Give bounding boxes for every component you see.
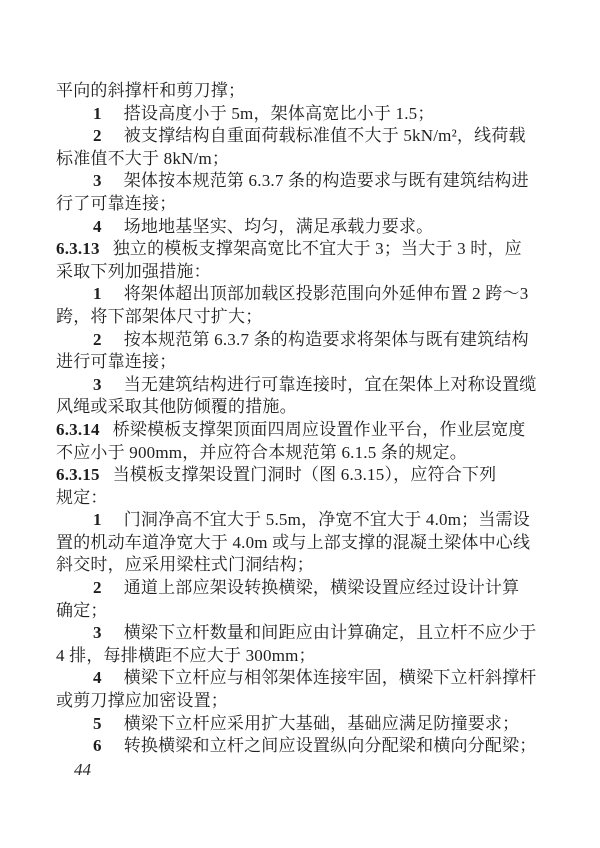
text-line: 4横梁下立杆应与相邻架体连接牢固，横梁下立杆斜撑杆: [56, 667, 544, 690]
text-line: 2被支撑结构自重面荷载标准值不大于 5kN/m²，线荷载: [56, 125, 544, 148]
item-number: 1: [93, 284, 102, 303]
item-number: 2: [93, 330, 102, 349]
item-number: 6: [93, 736, 102, 755]
line-text: 横梁下立杆应采用扩大基础，基础应满足防撞要求；: [124, 714, 520, 733]
section-number: 6.3.14: [56, 420, 100, 439]
line-text: 行了可靠连接；: [56, 194, 176, 213]
line-text: 风绳或采取其他防倾覆的措施。: [56, 397, 297, 416]
document-page-body: 平向的斜撑杆和剪刀撑； 1搭设高度小于 5m，架体高宽比小于 1.5； 2被支撑…: [56, 80, 544, 758]
page-number: 44: [74, 760, 91, 780]
item-number: 3: [93, 375, 102, 394]
line-text: 确定；: [56, 601, 108, 620]
item-number: 2: [93, 578, 102, 597]
line-text: 置的机动车道净宽大于 4.0m 或与上部支撑的混凝土梁体中心线: [56, 533, 530, 552]
item-number: 4: [93, 217, 102, 236]
item-number: 3: [93, 623, 102, 642]
text-line: 或剪刀撑应加密设置；: [56, 690, 544, 713]
line-text: 4 排，每排横距不应大于 300mm；: [56, 646, 316, 665]
text-line: 采取下列加强措施：: [56, 261, 544, 284]
text-line: 2按本规范第 6.3.7 条的构造要求将架体与既有建筑结构: [56, 329, 544, 352]
text-line: 6转换横梁和立杆之间应设置纵向分配梁和横向分配梁；: [56, 735, 544, 758]
text-line: 4 排，每排横距不应大于 300mm；: [56, 645, 544, 668]
line-text: 横梁下立杆应与相邻架体连接牢固，横梁下立杆斜撑杆: [124, 668, 537, 687]
line-text: 门洞净高不宜大于 5.5m，净宽不宜大于 4.0m；当需设: [124, 510, 530, 529]
line-text: 桥梁模板支撑架顶面四周应设置作业平台，作业层宽度: [113, 420, 526, 439]
text-line: 6.3.14桥梁模板支撑架顶面四周应设置作业平台，作业层宽度: [56, 419, 544, 442]
item-number: 4: [93, 668, 102, 687]
line-text: 标准值不大于 8kN/m；: [56, 149, 229, 168]
line-text: 搭设高度小于 5m，架体高宽比小于 1.5；: [124, 104, 435, 123]
line-text: 架体按本规范第 6.3.7 条的构造要求与既有建筑结构进: [124, 171, 529, 190]
line-text: 平向的斜撑杆和剪刀撑；: [56, 81, 245, 100]
text-line: 3当无建筑结构进行可靠连接时，宜在架体上对称设置缆: [56, 374, 544, 397]
text-line: 3架体按本规范第 6.3.7 条的构造要求与既有建筑结构进: [56, 170, 544, 193]
text-line: 风绳或采取其他防倾覆的措施。: [56, 396, 544, 419]
line-text: 不应小于 900mm，并应符合本规范第 6.1.5 条的规定。: [56, 443, 467, 462]
text-line: 6.3.13独立的模板支撑架高宽比不宜大于 3；当大于 3 时，应: [56, 238, 544, 261]
text-line: 1将架体超出顶部加载区投影范围向外延伸布置 2 跨～3: [56, 283, 544, 306]
item-number: 1: [93, 510, 102, 529]
line-text: 规定：: [56, 488, 108, 507]
text-line: 确定；: [56, 600, 544, 623]
line-text: 跨，将下部架体尺寸扩大；: [56, 307, 262, 326]
text-line: 行了可靠连接；: [56, 193, 544, 216]
item-number: 5: [93, 714, 102, 733]
line-text: 斜交时，应采用梁柱式门洞结构；: [56, 555, 314, 574]
item-number: 3: [93, 171, 102, 190]
text-line: 规定：: [56, 487, 544, 510]
line-text: 横梁下立杆数量和间距应由计算确定，且立杆不应少于: [124, 623, 537, 642]
line-text: 场地地基坚实、均匀，满足承载力要求。: [124, 217, 434, 236]
text-line: 标准值不大于 8kN/m；: [56, 148, 544, 171]
item-number: 1: [93, 104, 102, 123]
line-text: 独立的模板支撑架高宽比不宜大于 3；当大于 3 时，应: [113, 239, 522, 258]
text-line: 3横梁下立杆数量和间距应由计算确定，且立杆不应少于: [56, 622, 544, 645]
text-line: 5横梁下立杆应采用扩大基础，基础应满足防撞要求；: [56, 713, 544, 736]
line-text: 当模板支撑架设置门洞时（图 6.3.15），应符合下列: [113, 465, 497, 484]
line-text: 进行可靠连接；: [56, 352, 176, 371]
line-text: 通道上部应架设转换横梁，横梁设置应经过设计计算: [124, 578, 520, 597]
text-line: 1门洞净高不宜大于 5.5m，净宽不宜大于 4.0m；当需设: [56, 509, 544, 532]
text-line: 进行可靠连接；: [56, 351, 544, 374]
text-line: 1搭设高度小于 5m，架体高宽比小于 1.5；: [56, 103, 544, 126]
line-text: 将架体超出顶部加载区投影范围向外延伸布置 2 跨～3: [124, 284, 529, 303]
item-number: 2: [93, 126, 102, 145]
text-line: 2通道上部应架设转换横梁，横梁设置应经过设计计算: [56, 577, 544, 600]
text-line: 斜交时，应采用梁柱式门洞结构；: [56, 554, 544, 577]
text-line: 置的机动车道净宽大于 4.0m 或与上部支撑的混凝土梁体中心线: [56, 532, 544, 555]
text-line: 平向的斜撑杆和剪刀撑；: [56, 80, 544, 103]
line-text: 转换横梁和立杆之间应设置纵向分配梁和横向分配梁；: [124, 736, 537, 755]
text-line: 不应小于 900mm，并应符合本规范第 6.1.5 条的规定。: [56, 442, 544, 465]
line-text: 当无建筑结构进行可靠连接时，宜在架体上对称设置缆: [124, 375, 537, 394]
line-text: 被支撑结构自重面荷载标准值不大于 5kN/m²，线荷载: [124, 126, 526, 145]
section-number: 6.3.15: [56, 465, 100, 484]
line-text: 采取下列加强措施：: [56, 262, 211, 281]
text-line: 4场地地基坚实、均匀，满足承载力要求。: [56, 216, 544, 239]
line-text: 或剪刀撑应加密设置；: [56, 691, 228, 710]
line-text: 按本规范第 6.3.7 条的构造要求将架体与既有建筑结构: [124, 330, 529, 349]
text-line: 跨，将下部架体尺寸扩大；: [56, 306, 544, 329]
text-line: 6.3.15当模板支撑架设置门洞时（图 6.3.15），应符合下列: [56, 464, 544, 487]
section-number: 6.3.13: [56, 239, 100, 258]
